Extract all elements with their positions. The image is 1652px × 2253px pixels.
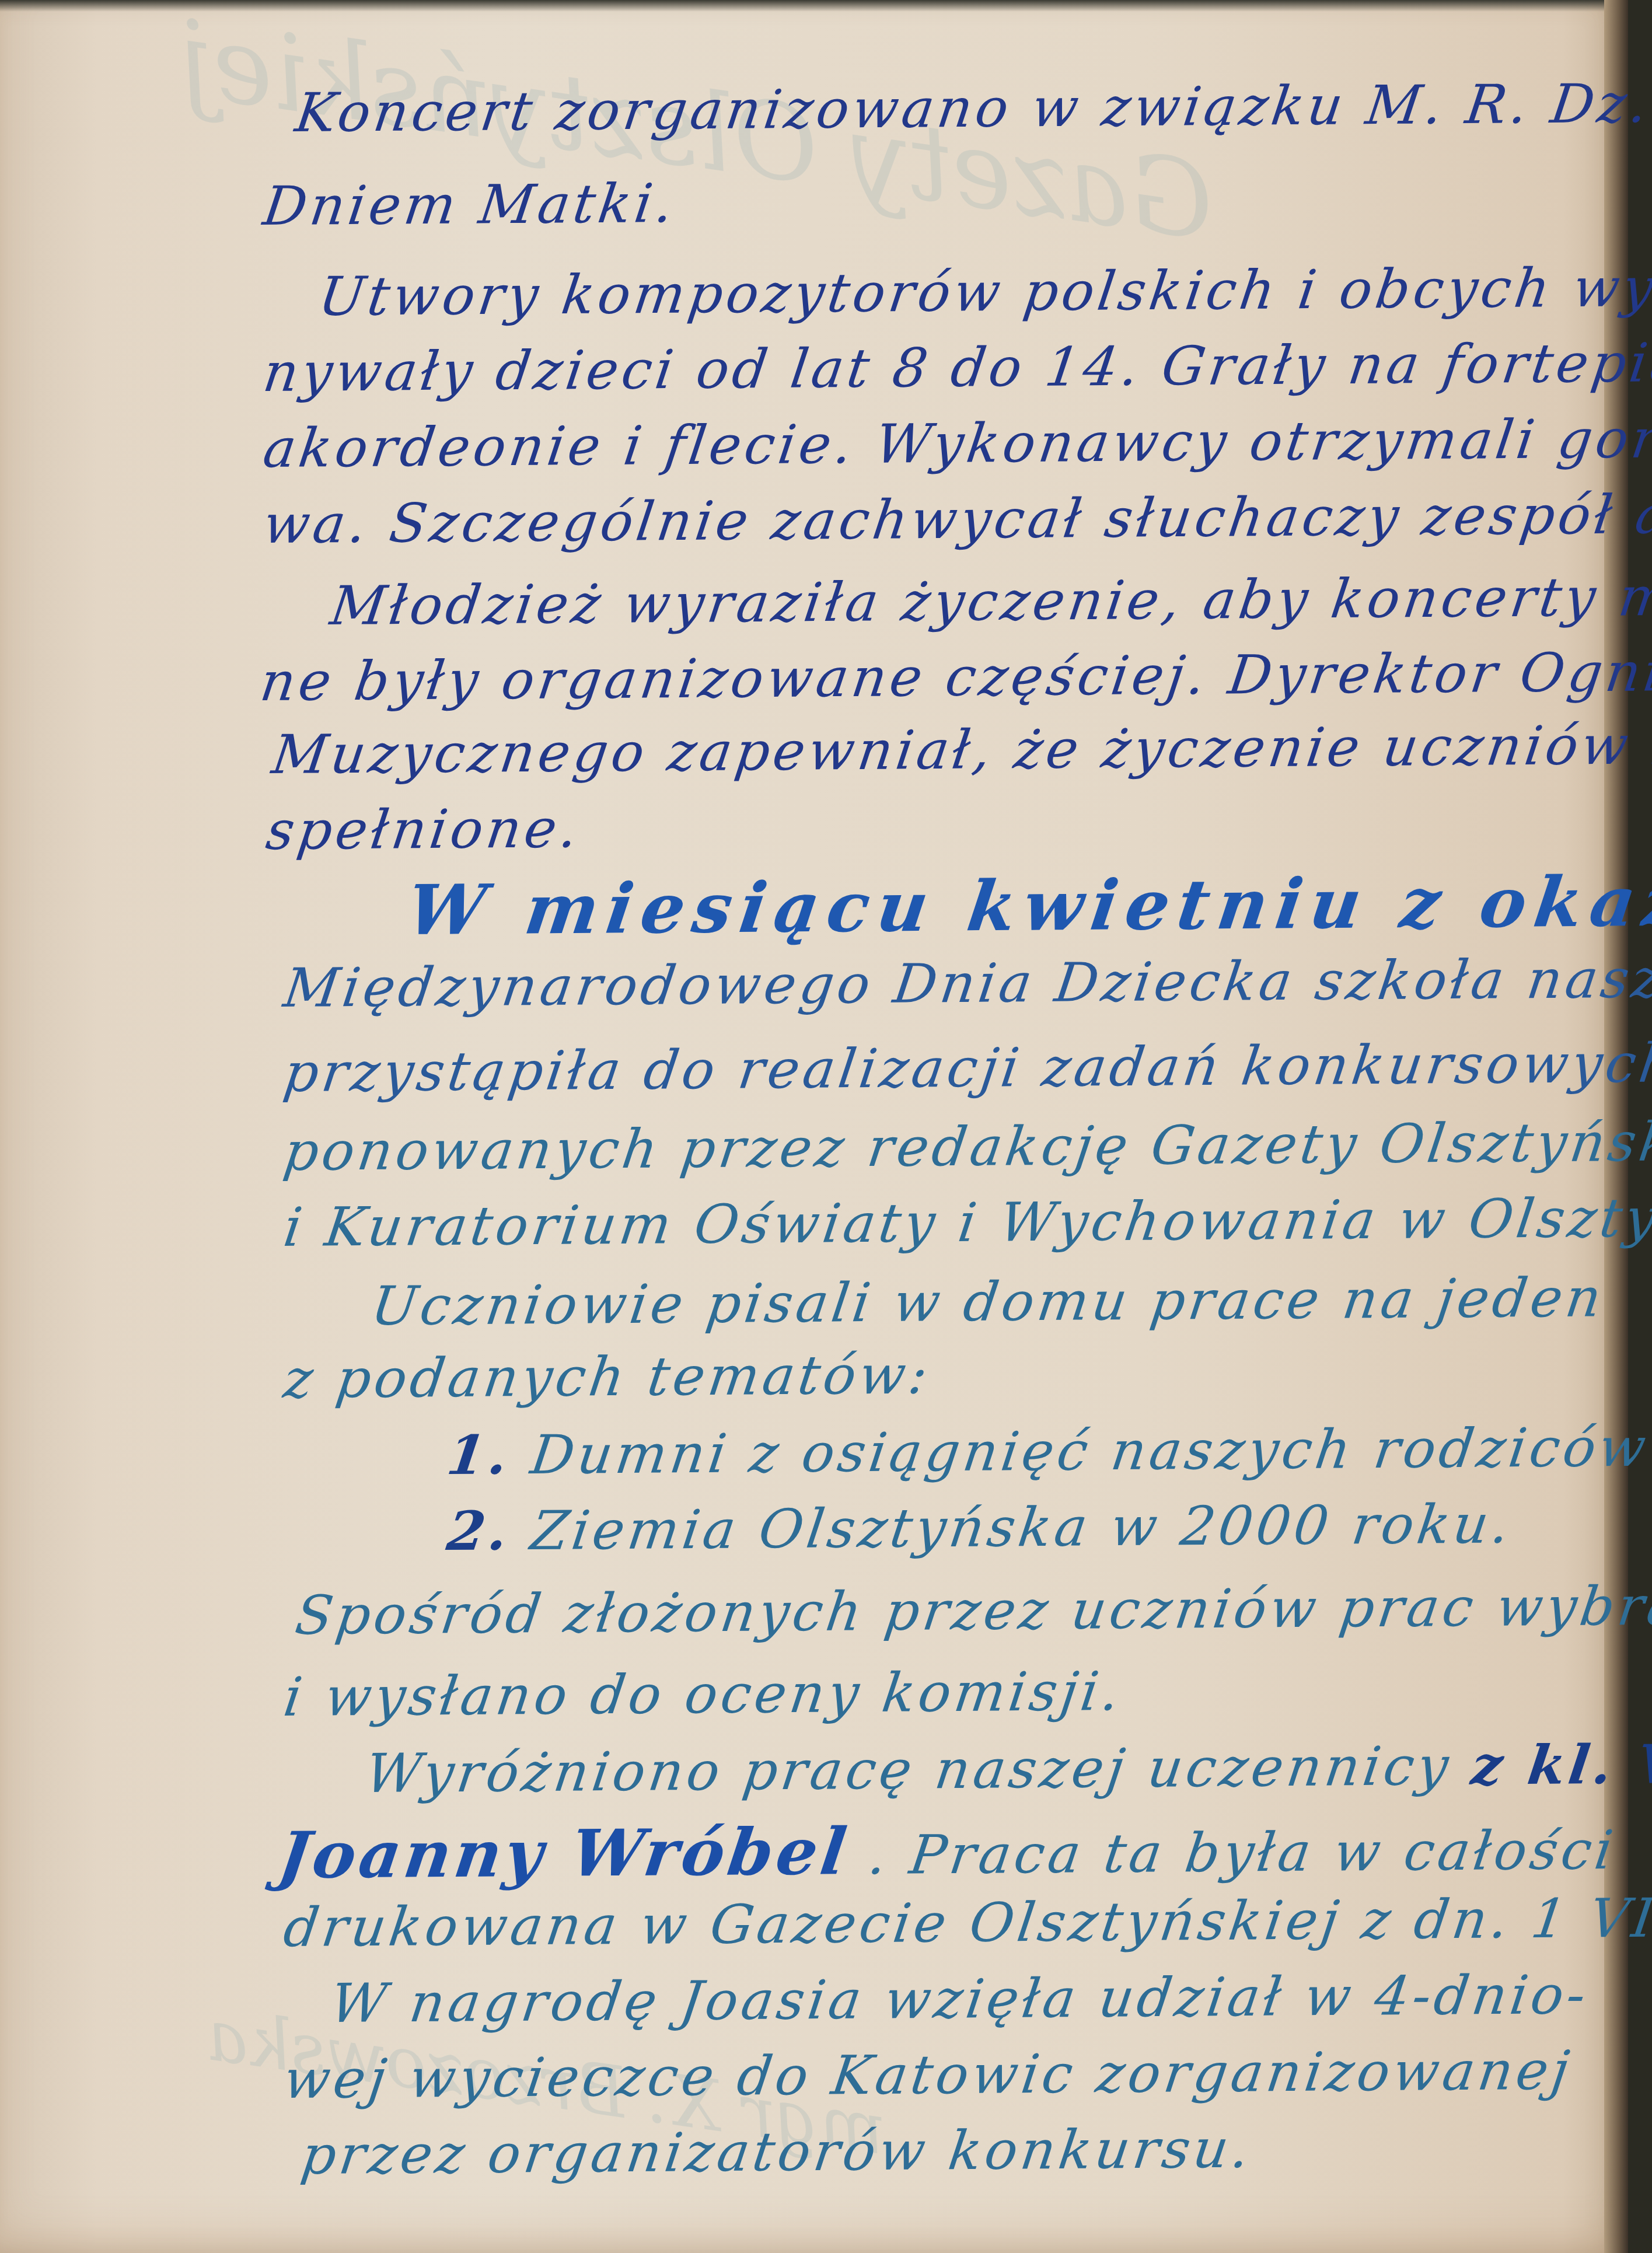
text-line: spełnione.	[263, 797, 585, 862]
class-label: z kl. VIIa	[1468, 1732, 1652, 1797]
text-line: i wysłano do oceny komisji.	[280, 1660, 1126, 1728]
notebook-page: Gazety Olsztyńskiej mgr X. Brzozowska Ko…	[0, 0, 1628, 2253]
topic-number: 1.	[443, 1423, 515, 1487]
topic-number: 2.	[443, 1499, 515, 1563]
student-name: Joanny Wróbel	[274, 1814, 854, 1893]
text-line: Muzycznego zapewniał, że życzenie ucznió…	[268, 712, 1652, 786]
text-line: Dniem Matki.	[260, 172, 680, 237]
text-line: nywały dzieci od lat 8 do 14. Grały na f…	[260, 331, 1652, 404]
text-line: przez organizatorów konkursu.	[298, 2118, 1256, 2186]
section-heading: W miesiącu kwietniu z okazji	[403, 860, 1652, 951]
topic-text: Ziemia Olsztyńska w 2000 roku.	[527, 1493, 1516, 1562]
text-line: z podanych tematów:	[280, 1343, 935, 1410]
text-line: ne były organizowane częściej. Dyrektor …	[257, 640, 1652, 713]
text-line: Utwory kompozytorów polskich i obcych wy…	[315, 256, 1652, 328]
text-line: W nagrodę Joasia wzięła udział w 4-dnio-	[327, 1964, 1593, 2035]
text-line: ponowanych przez redakcję Gazety Olsztyń…	[280, 1110, 1652, 1183]
topic-item: 2. Ziemia Olsztyńska w 2000 roku.	[443, 1492, 1517, 1563]
text-line: akordeonie i flecie. Wykonawcy otrzymali…	[260, 406, 1652, 480]
text-line: Uczniowie pisali w domu prace na jeden	[368, 1266, 1608, 1337]
text-line: przystąpiła do realizacji zadań konkurso…	[280, 1031, 1652, 1104]
text-fragment: . Praca ta była w całości	[865, 1819, 1620, 1887]
text-line: Spośród złożonych przez uczniów prac wyb…	[292, 1574, 1652, 1647]
text-line: Koncert zorganizowano w związku M. R. Dz…	[292, 72, 1652, 144]
text-line: Międzynarodowego Dnia Dziecka szkoła nas…	[280, 947, 1652, 1019]
text-fragment: Wyróżniono pracę naszej uczennicy	[362, 1735, 1455, 1805]
text-line: wa. Szczególnie zachwycał słuchaczy zesp…	[260, 481, 1652, 556]
text-line: i Kuratorium Oświaty i Wychowania w Olsz…	[280, 1186, 1652, 1259]
topic-item: 1. Dumni z osiągnięć naszych rodziców	[443, 1416, 1652, 1487]
text-line: Joanny Wróbel . Praca ta była w całości	[274, 1808, 1622, 1893]
topic-text: Dumni z osiągnięć naszych rodziców	[527, 1416, 1652, 1486]
text-line: Młodzież wyraziła życzenie, aby koncerty…	[327, 564, 1652, 637]
text-line: Wyróżniono pracę naszej uczennicy z kl. …	[362, 1732, 1652, 1805]
text-line: drukowana w Gazecie Olsztyńskiej z dn. 1…	[280, 1886, 1652, 1959]
text-line: wej wycieczce do Katowic zorganizowanej	[280, 2039, 1576, 2111]
